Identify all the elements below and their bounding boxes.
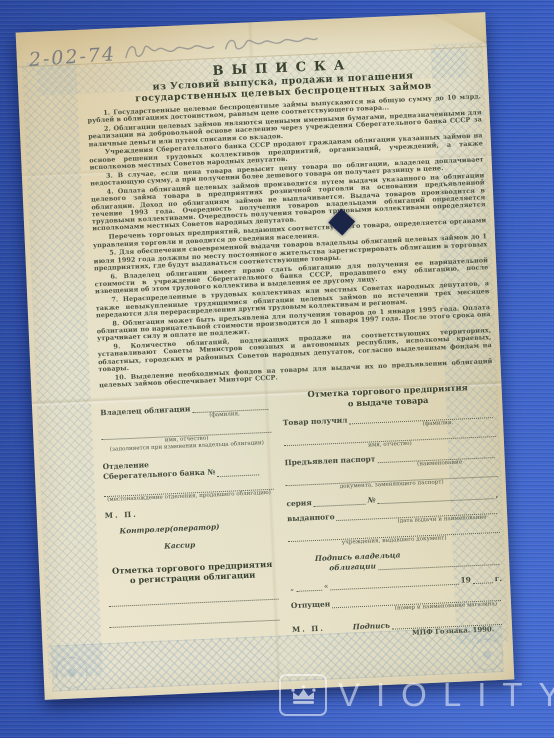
seal-mark-left: М. П. xyxy=(105,504,275,520)
dispensed-label: Отпущен xyxy=(291,600,331,611)
watermark-logo-frame xyxy=(279,674,327,716)
conditions-text: 1. Государственные целевые беспроцентные… xyxy=(87,93,493,389)
watermark-brand-text: VIOLITY xyxy=(338,676,554,714)
owner-label: Владелец облигации xyxy=(100,405,190,418)
series-label: серия xyxy=(286,498,312,508)
date-fill-3 xyxy=(473,576,493,585)
date-year-prefix: 19 xyxy=(460,576,471,585)
watermark: VIOLITY xyxy=(279,674,554,716)
series-fill xyxy=(314,496,366,506)
signature-label: Подпись xyxy=(353,621,391,632)
registration-fill-line-2 xyxy=(110,616,280,627)
form-left-column: Владелец облигации (фамилия, имя, отчест… xyxy=(100,391,281,650)
seal-mark-right: М. П. xyxy=(292,623,325,633)
issued-label: выданного xyxy=(287,512,335,523)
cashier-label: Кассир xyxy=(164,537,276,551)
received-label: Товар получил xyxy=(283,415,348,427)
form-section: Владелец облигации (фамилия, имя, отчест… xyxy=(100,381,505,649)
date-year-suffix: г. xyxy=(495,574,502,583)
date-quote-low: „ xyxy=(290,583,294,592)
document-paper: 2-02-74 ВЫПИСКА из Условий выпуска, прод… xyxy=(16,12,515,700)
owner-signature-label-2: облигации xyxy=(329,561,376,573)
passport-label: Предъявлен паспорт xyxy=(284,454,375,467)
document-content: ВЫПИСКА из Условий выпуска, продажи и по… xyxy=(16,12,515,700)
date-fill-2 xyxy=(330,577,458,591)
series-comma: , xyxy=(495,490,498,499)
number-fill xyxy=(378,491,494,504)
form-right-column: Отметка торгового предприятия о выдаче т… xyxy=(282,381,505,641)
registration-fill-line-1 xyxy=(109,595,279,606)
photo-background: 2-02-74 ВЫПИСКА из Условий выпуска, прод… xyxy=(0,0,554,738)
branch-number-fill xyxy=(217,467,259,477)
controller-label: Контролер(оператор) xyxy=(119,520,275,536)
date-quote-open: « xyxy=(324,582,329,591)
date-fill-1 xyxy=(296,583,322,592)
crown-icon xyxy=(290,684,317,706)
number-sign: № xyxy=(367,495,375,504)
